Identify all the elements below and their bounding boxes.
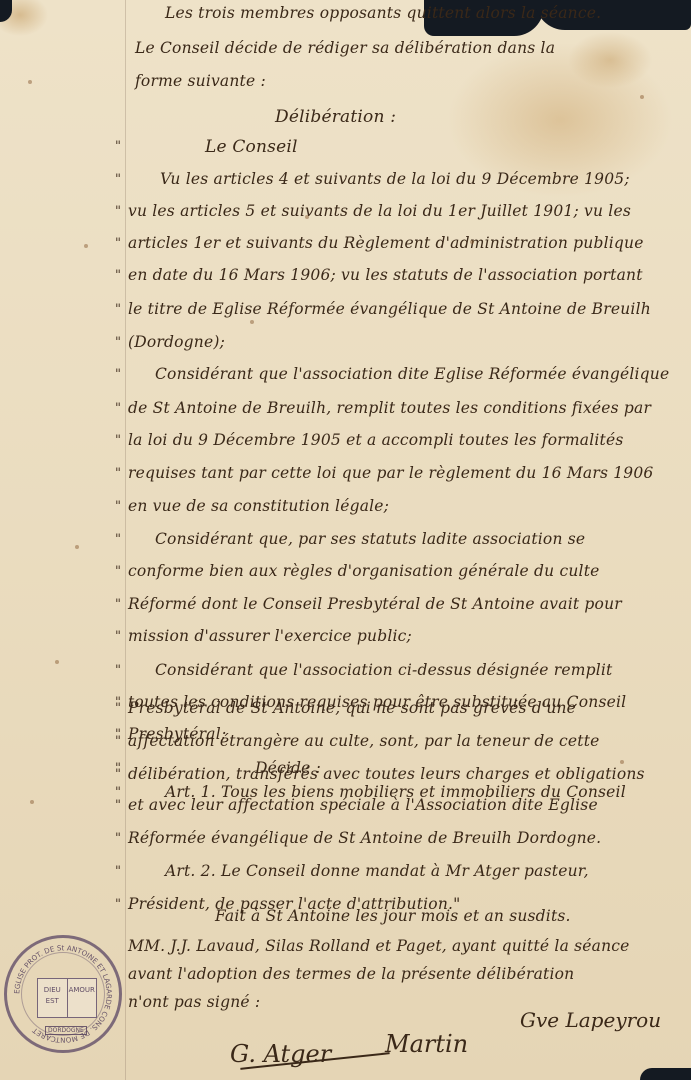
foxing-spot	[640, 95, 644, 99]
ditto-mark: "	[115, 663, 121, 678]
document-line: Les trois membres opposants quittent alo…	[165, 4, 691, 22]
foxing-spot	[28, 80, 32, 84]
ditto-mark: "	[115, 302, 121, 317]
document-line: vu les articles 5 et suivants de la loi …	[128, 202, 691, 220]
closing-line: Fait à St Antoine les jour mois et an su…	[215, 907, 691, 925]
foxing-spot	[55, 660, 59, 664]
book-left-page: DIEU EST	[38, 979, 68, 1017]
ditto-mark: "	[115, 767, 121, 782]
ditto-mark: "	[115, 798, 121, 813]
document-line: (Dordogne);	[128, 333, 691, 351]
foxing-spot	[84, 244, 88, 248]
foxing-spot	[75, 545, 79, 549]
foxing-spot	[305, 215, 309, 219]
document-line: forme suivante :	[135, 72, 691, 90]
open-book-icon: DIEU EST AMOUR	[37, 978, 97, 1018]
ditto-mark: "	[115, 204, 121, 219]
margin-line	[125, 0, 126, 1080]
document-line: la loi du 9 Décembre 1905 et a accompli …	[128, 431, 691, 449]
document-line: conforme bien aux règles d'organisation …	[128, 562, 691, 580]
ditto-mark: "	[115, 499, 121, 514]
ditto-mark: "	[115, 701, 121, 716]
foxing-spot	[620, 760, 624, 764]
document-line: Délibération :	[275, 107, 691, 127]
ditto-mark: "	[115, 564, 121, 579]
ditto-mark: "	[115, 734, 121, 749]
ditto-mark: "	[115, 597, 121, 612]
ditto-mark: "	[115, 401, 121, 416]
document-line: Presbytéral de St Antoine, qui ne sont p…	[128, 699, 691, 717]
foxing-spot	[250, 320, 254, 324]
ditto-mark: "	[115, 466, 121, 481]
signature: Gve Lapeyrou	[520, 1008, 661, 1032]
ditto-mark: "	[115, 831, 121, 846]
document-line: Réformé dont le Conseil Presbytéral de S…	[128, 595, 691, 613]
signature: Martin	[385, 1030, 468, 1058]
ditto-mark: "	[115, 864, 121, 879]
ditto-mark: "	[115, 139, 121, 154]
seal-label: DORDOGNE	[45, 1026, 87, 1035]
closing-line: MM. J.J. Lavaud, Silas Rolland et Paget,…	[128, 937, 691, 955]
ditto-mark: "	[115, 236, 121, 251]
document-line: Le Conseil	[205, 137, 691, 157]
document-line: Considérant que l'association dite Eglis…	[155, 365, 691, 383]
ditto-mark: "	[115, 629, 121, 644]
church-seal: EGLISE PROT. DE St ANTOINE ET LAGARDE CO…	[4, 935, 122, 1053]
document-line: requises tant par cette loi que par le r…	[128, 464, 691, 482]
ditto-mark: "	[115, 367, 121, 382]
foxing-spot	[30, 800, 34, 804]
ditto-mark: "	[115, 532, 121, 547]
document-line: mission d'assurer l'exercice public;	[128, 627, 691, 645]
document-line: Considérant que l'association ci-dessus …	[155, 661, 691, 679]
foxing-spot	[470, 240, 474, 244]
document-line: délibération, transférés avec toutes leu…	[128, 765, 691, 783]
ditto-mark: "	[115, 433, 121, 448]
closing-line: avant l'adoption des termes de la présen…	[128, 965, 691, 983]
ditto-mark: "	[115, 268, 121, 283]
document-line: le titre de Eglise Réformée évangélique …	[128, 300, 691, 318]
ditto-mark: "	[115, 335, 121, 350]
document-line: Vu les articles 4 et suivants de la loi …	[160, 170, 691, 188]
document-line: Art. 2. Le Conseil donne mandat à Mr Atg…	[165, 862, 691, 880]
document-line: en date du 16 Mars 1906; vu les statuts …	[128, 266, 691, 284]
document-line: en vue de sa constitution légale;	[128, 497, 691, 515]
book-right-page: AMOUR	[68, 979, 97, 1017]
ditto-mark: "	[115, 172, 121, 187]
document-line: affectation étrangère au culte, sont, pa…	[128, 732, 691, 750]
document-line: Le Conseil décide de rédiger sa délibéra…	[135, 39, 691, 57]
document-line: Considérant que, par ses statuts ladite …	[155, 530, 691, 548]
torn-edge	[640, 1068, 691, 1080]
document-line: articles 1er et suivants du Règlement d'…	[128, 234, 691, 252]
document-line: et avec leur affectation spéciale à l'As…	[128, 796, 691, 814]
document-line: Réformée évangélique de St Antoine de Br…	[128, 829, 691, 847]
ditto-mark: "	[115, 897, 121, 912]
document-line: de St Antoine de Breuilh, remplit toutes…	[128, 399, 691, 417]
